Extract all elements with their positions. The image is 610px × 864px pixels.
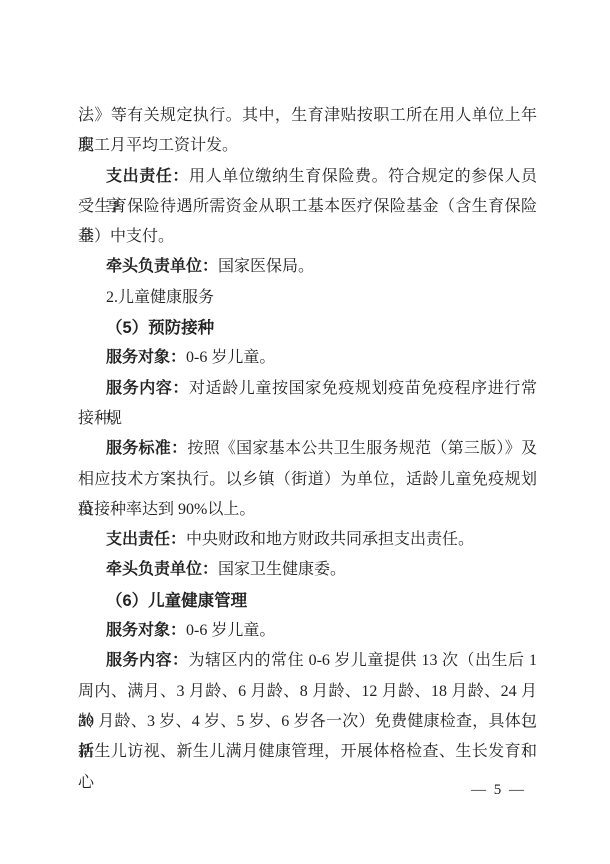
field-label: 服务对象： — [106, 349, 186, 366]
text-segment: 新生儿访视、新生儿满月健康管理，开展体格检查、生长发育和心 — [78, 743, 537, 790]
text-line: 接种。 — [78, 404, 537, 434]
text-line: 30 月龄、3 岁、4 岁、5 岁、6 岁各一次）免费健康检查，具体包括： — [78, 707, 537, 737]
text-line: （6）儿童健康管理 — [78, 586, 537, 616]
sub-heading: 2.儿童健康服务 — [106, 289, 214, 306]
section-heading: （5）预防接种 — [106, 319, 214, 337]
document-body: 法》等有关规定执行。其中，生育津贴按职工所在用人单位上年度职工月平均工资计发。支… — [78, 101, 537, 768]
text-line: 服务内容：为辖区内的常住 0-6 岁儿童提供 13 次（出生后 1 — [78, 646, 537, 676]
field-label: 服务内容： — [106, 652, 189, 669]
text-line: 职工月平均工资计发。 — [78, 131, 537, 161]
text-line: 相应技术方案执行。以乡镇（街道）为单位，适龄儿童免疫规划疫 — [78, 465, 537, 495]
field-label: 服务内容： — [106, 380, 189, 397]
field-label: 服务标准： — [106, 440, 187, 457]
text-line: 服务对象：0-6 岁儿童。 — [78, 343, 537, 373]
text-line: 牵头负责单位：国家医保局。 — [78, 252, 537, 282]
text-line: 牵头负责单位：国家卫生健康委。 — [78, 555, 537, 585]
text-line: （5）预防接种 — [78, 313, 537, 343]
field-label: 牵头负责单位： — [106, 258, 218, 275]
field-label: 支出责任： — [106, 531, 186, 548]
text-line: 服务对象：0-6 岁儿童。 — [78, 616, 537, 646]
text-segment: 中央财政和地方财政共同承担支出责任。 — [186, 531, 474, 548]
text-line: 苗接种率达到 90%以上。 — [78, 495, 537, 525]
text-line: 支出责任：中央财政和地方财政共同承担支出责任。 — [78, 525, 537, 555]
text-segment: 金）中支付。 — [78, 228, 174, 245]
text-segment: 国家医保局。 — [218, 258, 314, 275]
text-line: 法》等有关规定执行。其中，生育津贴按职工所在用人单位上年度 — [78, 101, 537, 131]
text-line: 支出责任：用人单位缴纳生育保险费。符合规定的参保人员享 — [78, 162, 537, 192]
text-segment: 国家卫生健康委。 — [218, 561, 346, 578]
text-segment: 0-6 岁儿童。 — [186, 349, 275, 366]
text-segment: 为辖区内的常住 0-6 岁儿童提供 13 次（出生后 1 — [189, 652, 537, 669]
text-segment: 接种。 — [78, 410, 126, 427]
section-heading: （6）儿童健康管理 — [106, 592, 247, 610]
field-label: 牵头负责单位： — [106, 561, 218, 578]
text-line: 金）中支付。 — [78, 222, 537, 252]
text-line: 服务标准：按照《国家基本公共卫生服务规范（第三版）》及 — [78, 434, 537, 464]
field-label: 支出责任： — [106, 168, 189, 185]
text-segment: 0-6 岁儿童。 — [186, 622, 275, 639]
text-line: 受生育保险待遇所需资金从职工基本医疗保险基金（含生育保险基 — [78, 192, 537, 222]
text-line: 2.儿童健康服务 — [78, 283, 537, 313]
document-page: 法》等有关规定执行。其中，生育津贴按职工所在用人单位上年度职工月平均工资计发。支… — [0, 0, 610, 864]
page-number: — 5 — — [471, 782, 526, 799]
text-segment: 苗接种率达到 90%以上。 — [78, 501, 255, 518]
field-label: 服务对象： — [106, 622, 186, 639]
text-line: 服务内容：对适龄儿童按国家免疫规划疫苗免疫程序进行常规 — [78, 374, 537, 404]
text-line: 周内、满月、3 月龄、6 月龄、8 月龄、12 月龄、18 月龄、24 月龄、 — [78, 677, 537, 707]
text-line: 新生儿访视、新生儿满月健康管理，开展体格检查、生长发育和心 — [78, 737, 537, 767]
text-segment: 按照《国家基本公共卫生服务规范（第三版）》及 — [187, 440, 537, 457]
text-segment: 职工月平均工资计发。 — [78, 137, 238, 154]
